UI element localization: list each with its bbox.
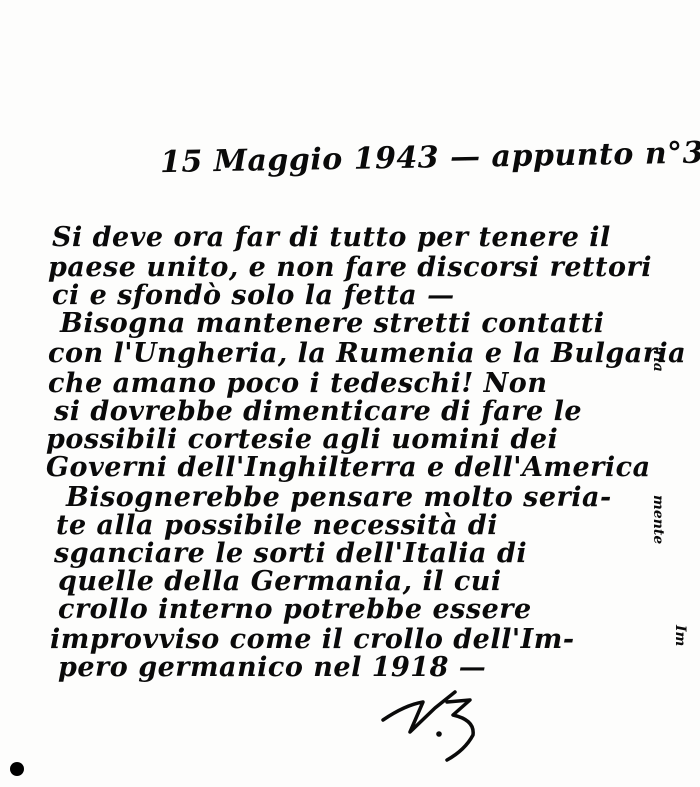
text-line-10: Bisognerebbe pensare molto seria- xyxy=(66,482,612,513)
text-line-5: con l'Ungheria, la Rumenia e la Bulgaria xyxy=(48,338,686,369)
text-line-7: si dovrebbe dimenticare di fare le xyxy=(54,396,582,427)
text-line-2: paese unito, e non fare discorsi rettori xyxy=(48,252,652,283)
margin-note-3: Im xyxy=(672,625,688,646)
text-line-14: crollo interno potrebbe essere xyxy=(58,594,532,625)
text-line-16: pero germanico nel 1918 — xyxy=(58,652,486,683)
text-line-6: che amano poco i tedeschi! Non xyxy=(48,368,547,399)
text-line-8: possibili cortesie agli uomini dei xyxy=(46,424,558,455)
text-line-15: improvviso come il crollo dell'Im- xyxy=(50,624,575,655)
text-line-13: quelle della Germania, il cui xyxy=(58,566,502,597)
bullet-dot-icon xyxy=(10,762,24,776)
signature-icon xyxy=(375,680,505,780)
margin-note-1: ria xyxy=(650,350,666,372)
text-line-12: sganciare le sorti dell'Italia di xyxy=(54,538,527,569)
text-line-1: Si deve ora far di tutto per tenere il xyxy=(52,222,611,253)
margin-note-2: mente xyxy=(650,495,666,544)
text-line-9: Governi dell'Inghilterra e dell'America xyxy=(46,452,651,483)
document-heading: 15 Maggio 1943 — appunto n°3 — xyxy=(160,135,700,180)
handwritten-document-page: 15 Maggio 1943 — appunto n°3 — Si deve o… xyxy=(0,0,700,787)
text-line-3: ci e sfondò solo la fetta — xyxy=(52,280,455,311)
text-line-4: Bisogna mantenere stretti contatti xyxy=(60,308,605,339)
signature xyxy=(375,680,505,785)
text-line-11: te alla possibile necessità di xyxy=(56,510,498,541)
